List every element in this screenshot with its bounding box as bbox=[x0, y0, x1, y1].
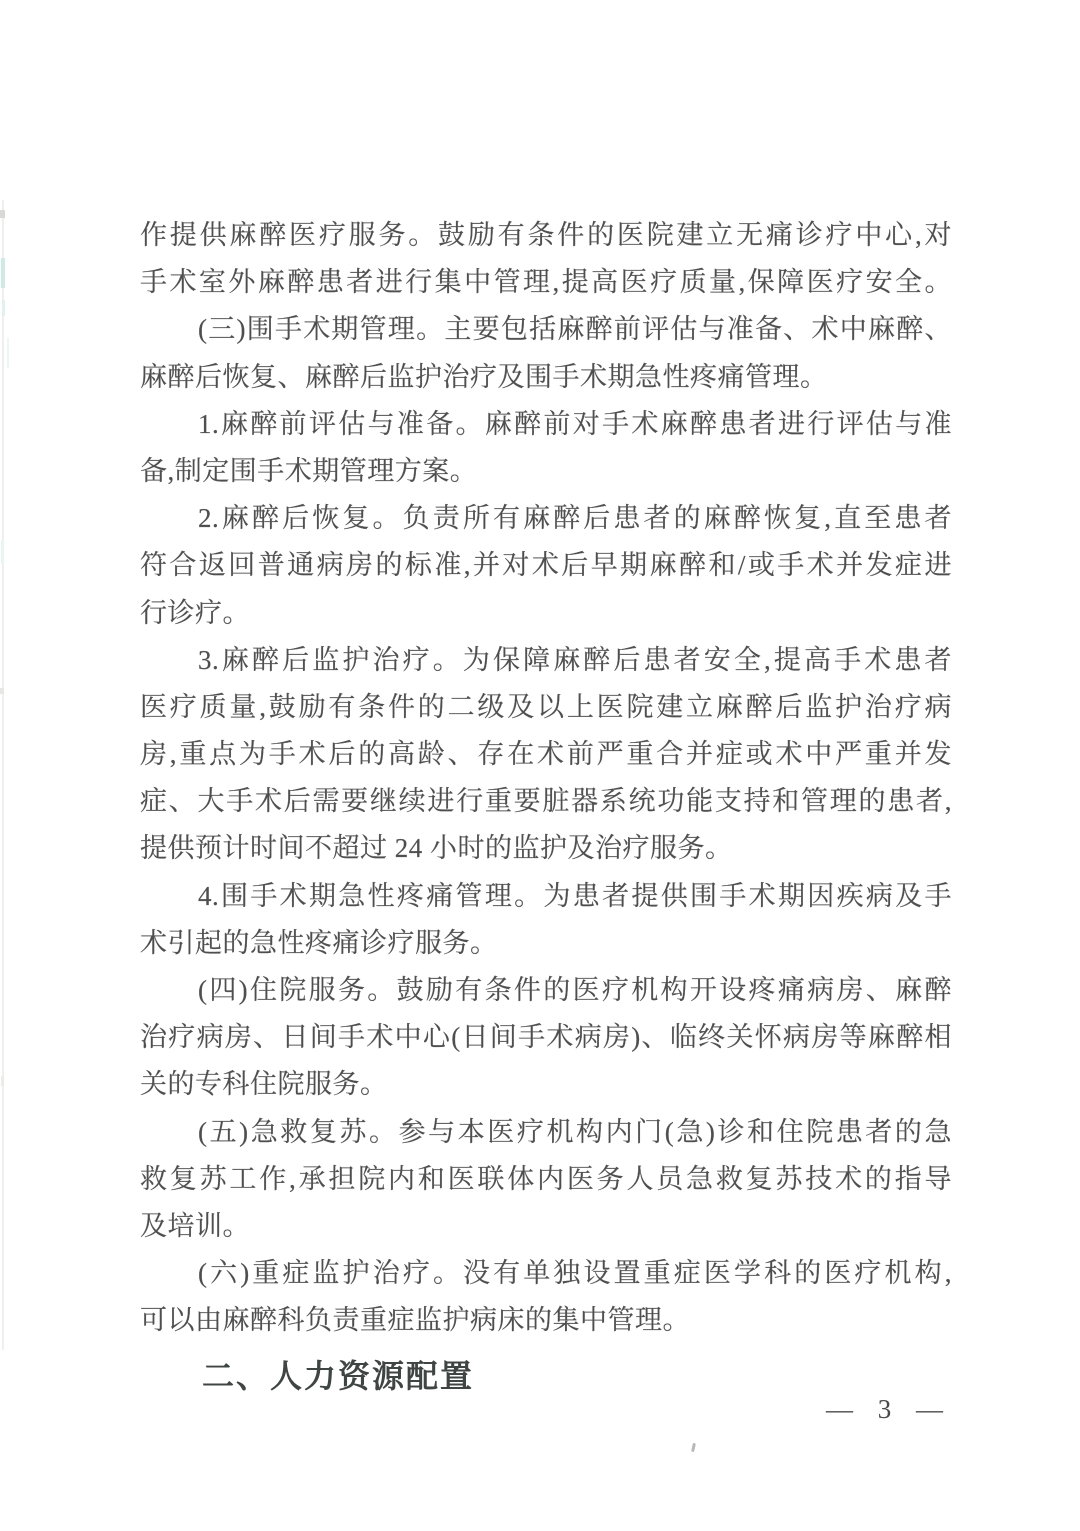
text-line: 及培训。 bbox=[140, 1203, 952, 1250]
text-line: 手术室外麻醉患者进行集中管理,提高医疗质量,保障医疗安全。 bbox=[140, 259, 952, 306]
scan-speck bbox=[691, 1443, 696, 1452]
text-line: 房,重点为手术后的高龄、存在术前严重合并症或术中严重并发 bbox=[140, 731, 952, 778]
text-line: 符合返回普通病房的标准,并对术后早期麻醉和/或手术并发症进 bbox=[140, 542, 952, 589]
text-line: 行诊疗。 bbox=[140, 590, 952, 637]
scan-edge-line bbox=[2, 200, 4, 1350]
text-line: 提供预计时间不超过 24 小时的监护及治疗服务。 bbox=[140, 825, 952, 872]
text-line: (三)围手术期管理。主要包括麻醉前评估与准备、术中麻醉、 bbox=[140, 306, 952, 353]
scan-artifact bbox=[1, 258, 5, 288]
text-line: (四)住院服务。鼓励有条件的医疗机构开设疼痛病房、麻醉 bbox=[140, 967, 952, 1014]
text-line: 1.麻醉前评估与准备。麻醉前对手术麻醉患者进行评估与准 bbox=[140, 401, 952, 448]
text-line: (五)急救复苏。参与本医疗机构内门(急)诊和住院患者的急 bbox=[140, 1109, 952, 1156]
scan-artifact bbox=[1, 540, 4, 564]
scan-artifact bbox=[2, 300, 5, 316]
text-line: 术引起的急性疼痛诊疗服务。 bbox=[140, 920, 952, 967]
scan-artifact bbox=[0, 688, 4, 694]
text-line: 4.围手术期急性疼痛管理。为患者提供围手术期因疾病及手 bbox=[140, 873, 952, 920]
scan-artifact bbox=[7, 338, 9, 368]
text-line: 3.麻醉后监护治疗。为保障麻醉后患者安全,提高手术患者 bbox=[140, 637, 952, 684]
text-line: 症、大手术后需要继续进行重要脏器系统功能支持和管理的患者, bbox=[140, 778, 952, 825]
text-line: 麻醉后恢复、麻醉后监护治疗及围手术期急性疼痛管理。 bbox=[140, 354, 952, 401]
text-line: 作提供麻醉医疗服务。鼓励有条件的医院建立无痛诊疗中心,对 bbox=[140, 212, 952, 259]
section-heading: 二、人力资源配置 bbox=[140, 1353, 952, 1400]
text-line: 可以由麻醉科负责重症监护病床的集中管理。 bbox=[140, 1297, 952, 1344]
text-line: 治疗病房、日间手术中心(日间手术病房)、临终关怀病房等麻醉相 bbox=[140, 1014, 952, 1061]
document-body: 作提供麻醉医疗服务。鼓励有条件的医院建立无痛诊疗中心,对手术室外麻醉患者进行集中… bbox=[140, 212, 952, 1400]
text-line: 备,制定围手术期管理方案。 bbox=[140, 448, 952, 495]
document-page: 作提供麻醉医疗服务。鼓励有条件的医院建立无痛诊疗中心,对手术室外麻醉患者进行集中… bbox=[0, 0, 1080, 1531]
scan-artifact bbox=[0, 210, 5, 218]
text-line: 关的专科住院服务。 bbox=[140, 1061, 952, 1108]
scan-artifact bbox=[1, 1076, 4, 1086]
text-line: 2.麻醉后恢复。负责所有麻醉后患者的麻醉恢复,直至患者 bbox=[140, 495, 952, 542]
page-number: — 3 — bbox=[826, 1394, 956, 1425]
text-line: 医疗质量,鼓励有条件的二级及以上医院建立麻醉后监护治疗病 bbox=[140, 684, 952, 731]
text-line: 救复苏工作,承担院内和医联体内医务人员急救复苏技术的指导 bbox=[140, 1156, 952, 1203]
text-line: (六)重症监护治疗。没有单独设置重症医学科的医疗机构, bbox=[140, 1250, 952, 1297]
